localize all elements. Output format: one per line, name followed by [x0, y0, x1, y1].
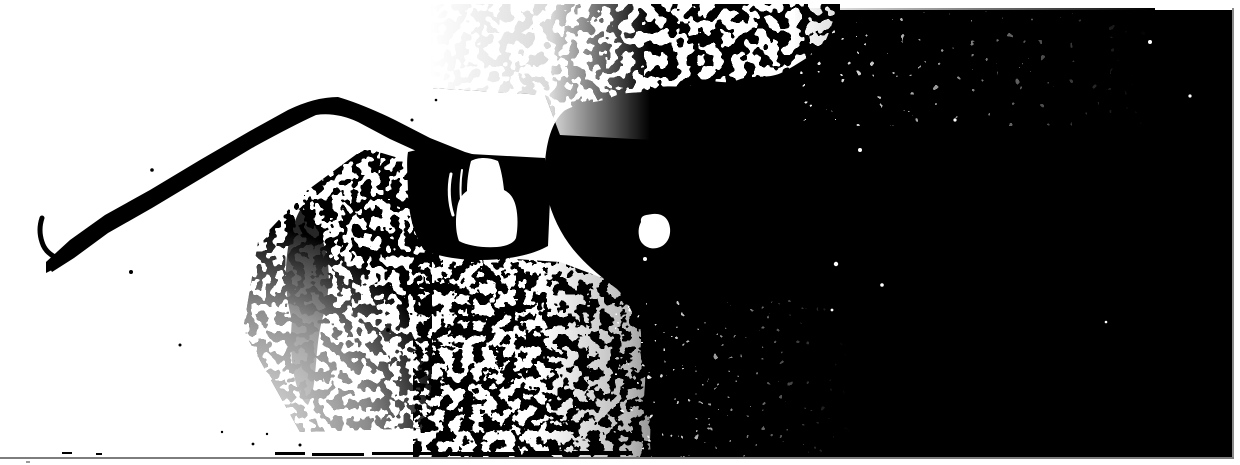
photo-border-right: [1232, 8, 1234, 459]
scan-margin-right: [1234, 0, 1240, 465]
screenshot-root: [0, 0, 1240, 465]
photo: [0, 0, 1240, 465]
scan-margin-bottom: [0, 459, 1240, 465]
photo-border-bottom: [0, 457, 1234, 459]
scan-speck-bottom-left: [26, 461, 30, 463]
scan-margin-top: [0, 0, 1240, 4]
